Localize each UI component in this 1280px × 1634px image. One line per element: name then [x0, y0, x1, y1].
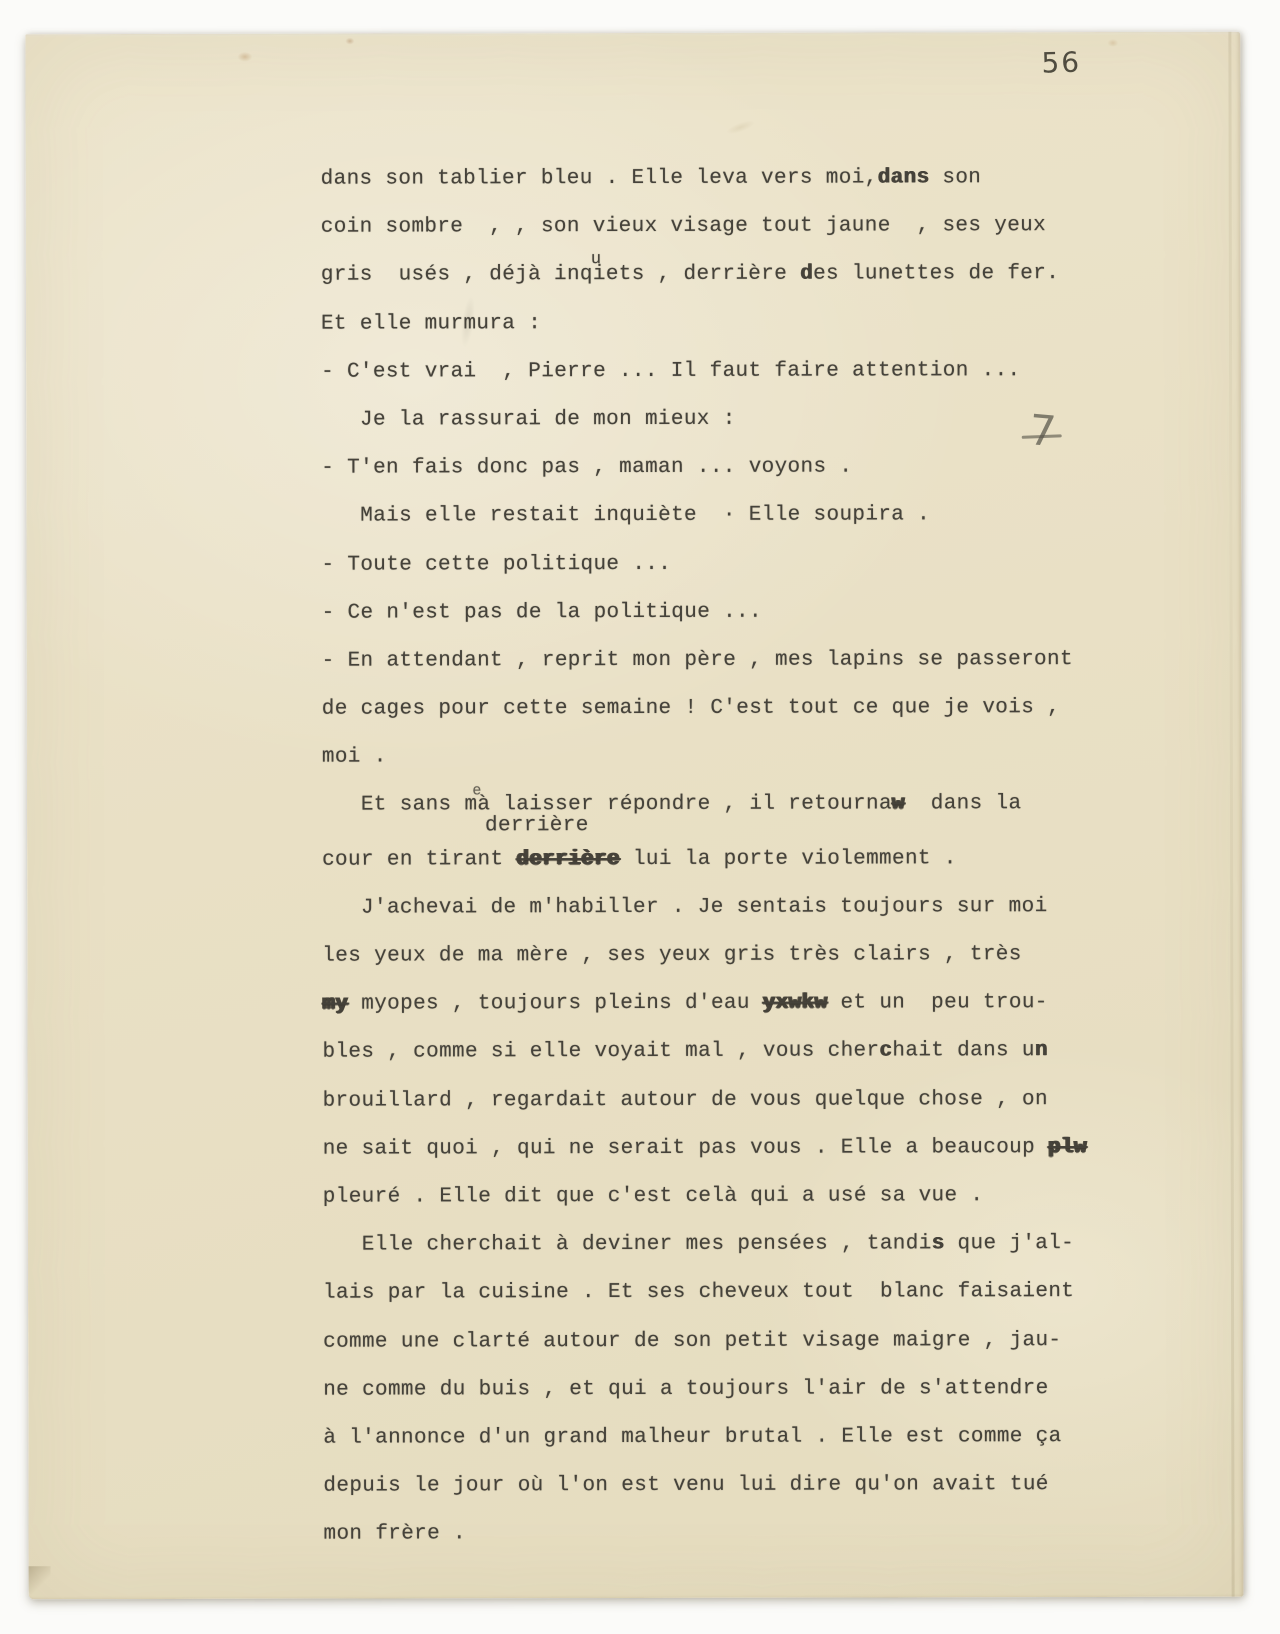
typewritten-line: dans son tablier bleu . Elle leva vers m…: [321, 154, 1181, 204]
text-segment: derrière: [485, 814, 589, 837]
typewritten-line: lais par la cuisine . Et ses cheveux tou…: [323, 1268, 1183, 1318]
text-segment: - C'est vrai , Pierre ... Il faut faire …: [321, 359, 1020, 383]
typewritten-line: - C'est vrai , Pierre ... Il faut faire …: [321, 347, 1181, 397]
struck-out-text: plw: [1048, 1136, 1087, 1159]
typewritten-line: - Toute cette politique ...: [321, 539, 1181, 589]
overtyped-text: dans: [878, 166, 930, 189]
text-segment: à l'annonce d'un grand malheur brutal . …: [323, 1425, 1061, 1450]
paper-edge-crease: [1228, 32, 1234, 1597]
typewritten-line: Mais elle restait inquiète · Elle soupir…: [321, 491, 1181, 541]
text-segment: mon frère .: [323, 1523, 466, 1546]
typewritten-line: Et elle murmura :: [321, 298, 1181, 348]
text-segment: pleuré . Elle dit que c'est celà qui a u…: [323, 1184, 984, 1208]
typewritten-line: - En attendant , reprit mon père , mes l…: [322, 636, 1182, 686]
struck-out-text: yxwkw: [763, 992, 828, 1015]
typewritten-line: moi .: [322, 732, 1182, 782]
text-segment: hait dans u: [892, 1040, 1035, 1063]
text-segment: Elle cherchait à deviner mes pensées , t…: [323, 1233, 932, 1257]
overtyped-text: s: [932, 1232, 945, 1255]
overtyped-text: c: [879, 1040, 892, 1063]
foxing-stain: [237, 52, 252, 62]
text-segment: - En attendant , reprit mon père , mes l…: [322, 648, 1073, 673]
typewritten-line: - T'en fais donc pas , maman ... voyons …: [321, 443, 1181, 493]
typewritten-text: dans son tablier bleu . Elle leva vers m…: [321, 154, 1184, 1559]
manuscript-paper: 56 7 dans son tablier bleu . Elle leva v…: [25, 32, 1243, 1600]
typewritten-line: my myopes , toujours pleins d'eau yxwkw …: [322, 979, 1182, 1029]
text-segment: et un peu trou-: [828, 991, 1048, 1014]
text-segment: bles , comme si elle voyait mal , vous c…: [322, 1040, 879, 1064]
text-segment: - T'en fais donc pas , maman ... voyons …: [321, 456, 852, 480]
text-segment: Mais elle restait inquiète · Elle soupir…: [321, 504, 930, 528]
typewritten-line: bles , comme si elle voyait mal , vous c…: [322, 1027, 1182, 1077]
scan-background: 56 7 dans son tablier bleu . Elle leva v…: [0, 0, 1280, 1634]
text-segment: myopes , toujours pleins d'eau: [348, 992, 763, 1016]
overtyped-text: n: [1035, 1040, 1048, 1063]
foxing-stain: [1107, 39, 1118, 47]
overtyped-text: d: [800, 263, 813, 286]
typewritten-line: ne sait quoi , qui ne serait pas vous . …: [323, 1124, 1183, 1174]
text-segment: de cages pour cette semaine ! C'est tout…: [322, 696, 1060, 721]
text-segment: les yeux de ma mère , ses yeux gris très…: [322, 943, 1021, 967]
text-segment: iets , derrière: [593, 263, 800, 286]
text-segment: coin sombre , , son vieux visage tout ja…: [321, 214, 1046, 239]
text-segment: dans son tablier bleu . Elle leva vers m…: [321, 166, 878, 190]
text-segment: lais par la cuisine . Et ses cheveux tou…: [323, 1280, 1074, 1305]
typewritten-line: depuis le jour où l'on est venu lui dire…: [323, 1461, 1183, 1511]
typewritten-line: pleuré . Elle dit que c'est celà qui a u…: [323, 1172, 1183, 1222]
text-segment: - Toute cette politique ...: [321, 552, 671, 576]
foxing-stain: [725, 118, 756, 137]
typewritten-line: J'achevai de m'habiller . Je sentais tou…: [322, 883, 1182, 933]
foxing-stain: [345, 38, 354, 45]
typewritten-line: Je la rassurai de mon mieux :: [321, 395, 1181, 445]
text-segment: Et elle murmura :: [321, 312, 541, 335]
struck-out-text: my: [322, 993, 348, 1016]
typewritten-line: coin sombre , , son vieux visage tout ja…: [321, 202, 1181, 252]
struck-out-text: w: [892, 793, 905, 816]
text-segment: depuis le jour où l'on est venu lui dire…: [323, 1473, 1048, 1498]
text-segment: que j'al-: [945, 1232, 1075, 1255]
text-segment: gris usés , déjà inq: [321, 263, 593, 287]
text-segment: moi .: [322, 746, 387, 769]
text-segment: ne sait quoi , qui ne serait pas vous . …: [323, 1136, 1048, 1161]
page-number: 56: [1041, 46, 1082, 80]
typewritten-line: mon frère .: [323, 1509, 1183, 1559]
text-segment: cour en tirant: [322, 848, 516, 871]
text-segment: ne comme du buis , et qui a toujours l'a…: [323, 1377, 1048, 1402]
typewritten-line: les yeux de ma mère , ses yeux gris très…: [322, 931, 1182, 981]
text-segment: comme une clarté autour de son petit vis…: [323, 1329, 1061, 1354]
text-segment: son: [929, 166, 981, 189]
typewritten-line: Elle cherchait à deviner mes pensées , t…: [323, 1220, 1183, 1270]
text-segment: brouillard , regardait autour de vous qu…: [323, 1088, 1048, 1113]
text-segment: es lunettes de fer.: [813, 262, 1059, 286]
text-segment: J'achevai de m'habiller . Je sentais tou…: [322, 895, 1047, 920]
typewritten-line: cour en tirant derrière lui la porte vio…: [322, 834, 1182, 884]
typewritten-line: ne comme du buis , et qui a toujours l'a…: [323, 1365, 1183, 1415]
paper-corner-crease: [29, 1566, 51, 1596]
text-segment: Je la rassurai de mon mieux :: [321, 408, 736, 432]
text-segment: lui la porte violemment .: [620, 847, 957, 871]
typewritten-line: gris usés , déjà inquiets , derrière des…: [321, 250, 1181, 300]
text-segment: dans la: [905, 793, 1022, 816]
typewritten-line: brouillard , regardait autour de vous qu…: [323, 1075, 1183, 1125]
typewritten-line: à l'annonce d'un grand malheur brutal . …: [323, 1413, 1183, 1463]
typewritten-line: de cages pour cette semaine ! C'est tout…: [322, 684, 1182, 734]
text-segment: Et sans mà: [322, 794, 490, 817]
typewritten-line: - Ce n'est pas de la politique ...: [322, 588, 1182, 638]
struck-out-text: derrière: [516, 848, 620, 871]
typewritten-line: comme une clarté autour de son petit vis…: [323, 1316, 1183, 1366]
text-segment: - Ce n'est pas de la politique ...: [322, 600, 762, 624]
